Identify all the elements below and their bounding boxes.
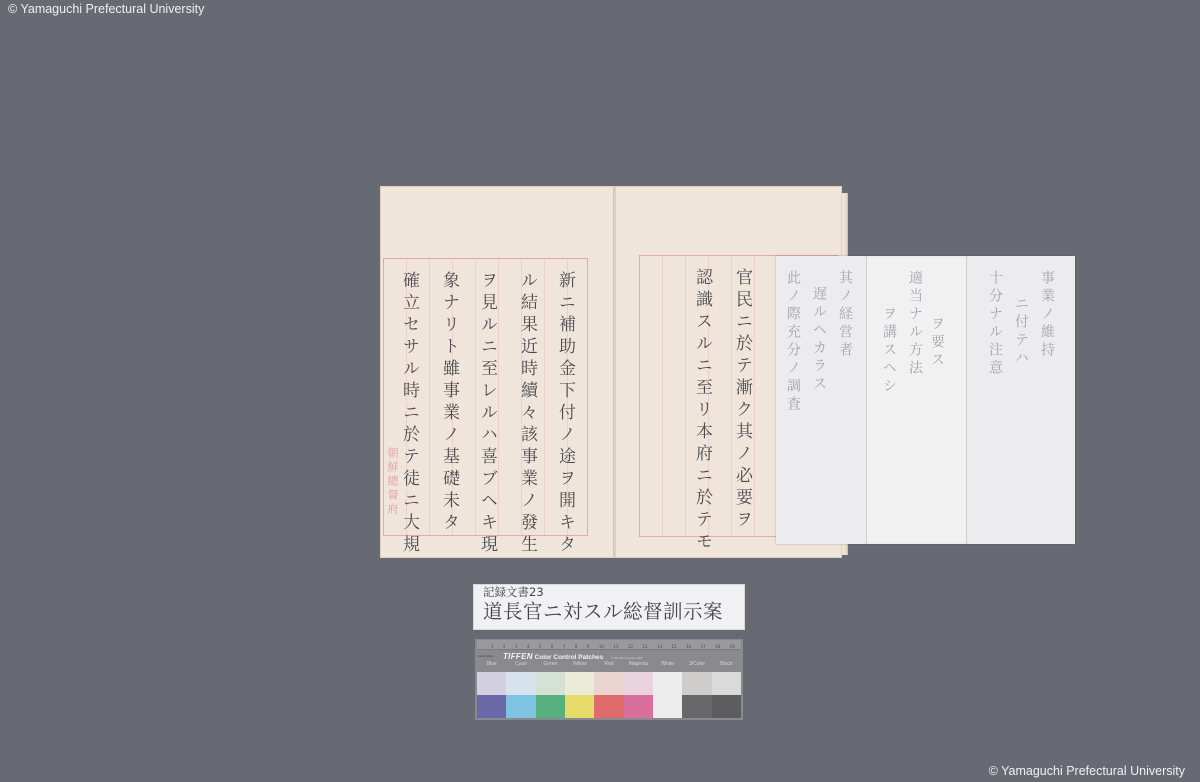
- patch-dark: [565, 695, 594, 718]
- patch-light: [594, 672, 623, 695]
- patch-light: [565, 672, 594, 695]
- text-column: ル結果近時續々該事業ノ發生: [518, 271, 535, 557]
- ruler-tick: 14: [657, 644, 662, 649]
- left-page: 新ニ補助金下付ノ途ヲ開キタ ル結果近時續々該事業ノ發生 ヲ見ルニ至レルハ喜ブヘキ…: [381, 187, 614, 557]
- patch-name: Magenta: [624, 661, 653, 667]
- centimeters-label: Centimeters: [478, 655, 493, 658]
- slip-text-column: 遅ルヘカラス: [809, 286, 829, 394]
- tiffen-logo: TIFFEN: [503, 652, 533, 661]
- ruler-tick: 9: [587, 644, 590, 649]
- document-title: 道長官ニ対スル総督訓示案: [483, 599, 744, 625]
- ruler-tick: 15: [672, 644, 677, 649]
- patch-names: Blue Cyan Green Yellow Red Magenta White…: [477, 661, 741, 667]
- patch-name: Black: [712, 661, 741, 667]
- left-page-ruled-frame: 新ニ補助金下付ノ途ヲ開キタ ル結果近時續々該事業ノ發生 ヲ見ルニ至レルハ喜ブヘキ…: [383, 258, 588, 536]
- color-patches: [477, 672, 741, 718]
- ruler-tick: 7: [563, 644, 566, 649]
- ruler-tick: 2: [503, 644, 506, 649]
- patch-light: [536, 672, 565, 695]
- patch-name: Green: [536, 661, 565, 667]
- color-patch-yellow: [565, 672, 594, 718]
- margin-stamp: 朝鮮總督府: [384, 447, 400, 517]
- patch-dark: [624, 695, 653, 718]
- ruler-tick: 18: [715, 644, 720, 649]
- patch-name: Cyan: [506, 661, 535, 667]
- catalog-label-card: 記録文書23 道長官ニ対スル総督訓示案: [473, 584, 745, 630]
- color-control-chart: 1 2 3 4 5 6 7 8 9 10 11 12 13 14 15 16 1…: [475, 639, 743, 720]
- copyright-watermark-bottom: © Yamaguchi Prefectural University: [989, 764, 1185, 778]
- ruler-tick: 10: [599, 644, 604, 649]
- color-patch-green: [536, 672, 565, 718]
- patch-dark: [653, 695, 682, 718]
- color-patch-black: [712, 672, 741, 718]
- centimeter-ruler: 1 2 3 4 5 6 7 8 9 10 11 12 13 14 15 16 1…: [477, 640, 741, 650]
- ruler-tick: 19: [730, 644, 735, 649]
- color-patch-cyan: [506, 672, 535, 718]
- color-patch-white: [653, 672, 682, 718]
- text-column: ヲ見ルニ至レルハ喜ブヘキ現: [478, 271, 495, 557]
- ruler-tick: 5: [539, 644, 542, 649]
- patch-light: [653, 672, 682, 695]
- slip-text-column: 事業ノ維持: [1037, 270, 1057, 360]
- brand-text: Color Control Patches: [535, 654, 604, 661]
- text-column: 認識スルニ至リ本府ニ於テモ: [693, 268, 710, 554]
- slip-text-column: 此ノ際充分ノ調査: [783, 270, 803, 414]
- patch-light: [624, 672, 653, 695]
- patch-dark: [477, 695, 506, 718]
- patch-light: [682, 672, 711, 695]
- patch-dark: [712, 695, 741, 718]
- text-column: 確立セサル時ニ於テ徒ニ大規: [400, 271, 417, 557]
- brand-copyright: © The Tiffen Company, 2007: [611, 657, 643, 660]
- color-patch-3-color: [682, 672, 711, 718]
- ruler-tick: 8: [575, 644, 578, 649]
- color-patch-blue: [477, 672, 506, 718]
- patch-light: [506, 672, 535, 695]
- patch-dark: [536, 695, 565, 718]
- ruler-tick: 6: [551, 644, 554, 649]
- slip-fold-line: [866, 256, 867, 544]
- ruler-tick: 12: [628, 644, 633, 649]
- patch-dark: [682, 695, 711, 718]
- text-column: 象ナリト雖事業ノ基礎未タ: [440, 271, 457, 535]
- slip-text-column: ニ付テハ: [1011, 296, 1031, 368]
- ruler-tick: 1: [491, 644, 494, 649]
- ruler-tick: 3: [515, 644, 518, 649]
- patch-light: [477, 672, 506, 695]
- text-column: 新ニ補助金下付ノ途ヲ開キタ: [556, 271, 573, 557]
- slip-text-column: ヲ講スヘシ: [879, 306, 899, 396]
- copyright-watermark-top: © Yamaguchi Prefectural University: [8, 2, 204, 16]
- patch-dark: [594, 695, 623, 718]
- tiffen-brand: TIFFEN Color Control Patches © The Tiffe…: [503, 652, 643, 661]
- ruler-tick: 11: [613, 644, 618, 649]
- patch-name: White: [653, 661, 682, 667]
- slip-text-column: 十分ナル注意: [985, 270, 1005, 378]
- patch-name: Red: [594, 661, 623, 667]
- patch-dark: [506, 695, 535, 718]
- ruler-tick: 16: [686, 644, 691, 649]
- slip-text-column: ヲ要ス: [927, 316, 947, 370]
- color-patch-red: [594, 672, 623, 718]
- patch-name: Blue: [477, 661, 506, 667]
- text-column: 官民ニ於テ漸ク其ノ必要ヲ: [733, 268, 750, 532]
- color-patch-magenta: [624, 672, 653, 718]
- ruler-tick: 13: [642, 644, 647, 649]
- slip-text-column: 適当ナル方法: [905, 270, 925, 378]
- patch-light: [712, 672, 741, 695]
- ruler-tick: 17: [701, 644, 706, 649]
- loose-paper-slip: 事業ノ維持 ニ付テハ 十分ナル注意 ヲ要ス 適当ナル方法 ヲ講スヘシ 其ノ経営者…: [776, 256, 1075, 544]
- patch-name: Yellow: [565, 661, 594, 667]
- patch-name: 3/Color: [682, 661, 711, 667]
- slip-text-column: 其ノ経営者: [835, 270, 855, 360]
- record-code: 記録文書23: [483, 586, 744, 599]
- slip-fold-line: [966, 256, 967, 544]
- ruler-tick: 4: [527, 644, 530, 649]
